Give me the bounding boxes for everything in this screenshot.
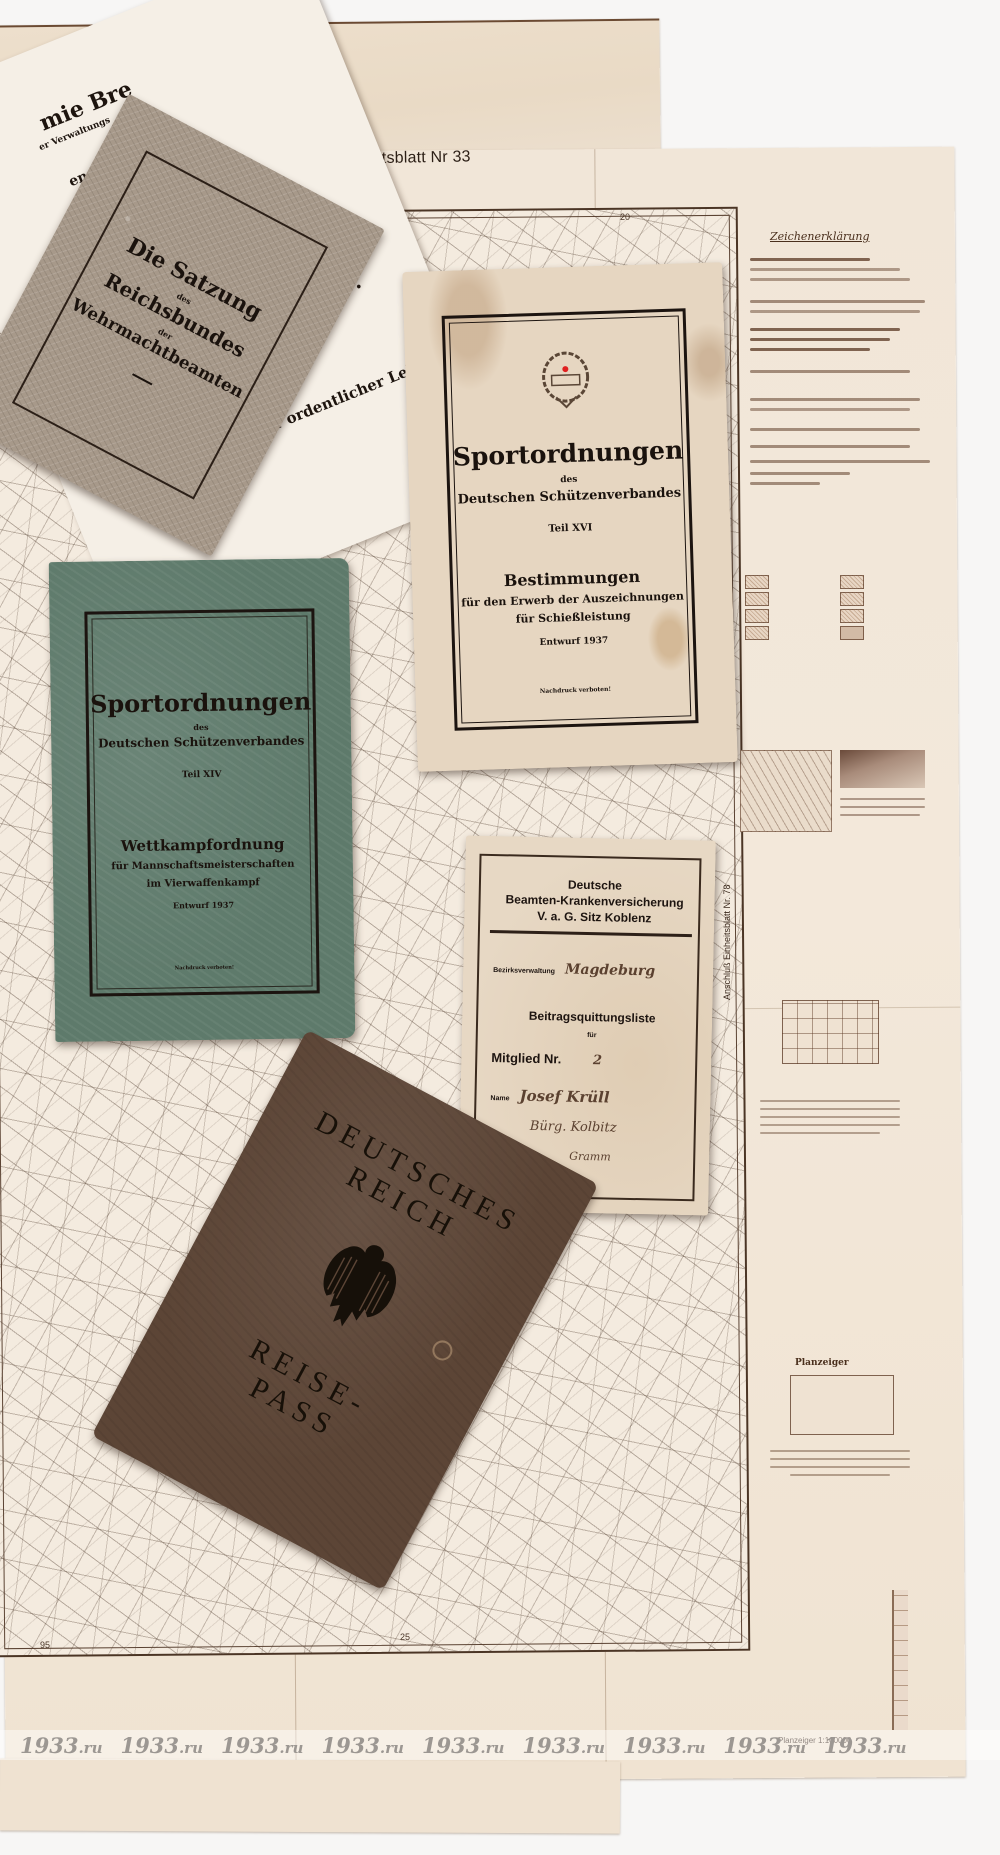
planzeiger-grid <box>790 1375 894 1435</box>
legend-entry <box>750 472 850 475</box>
watermark-text: 1933.ru <box>623 1733 705 1758</box>
sportordnungen-xvi-booklet: Sportordnungen des Deutschen Schützenver… <box>402 262 738 772</box>
legend-entry <box>750 398 920 401</box>
legend-entry <box>750 268 900 271</box>
booklet-border-inner <box>91 616 312 990</box>
booklet-title: Sportordnungen <box>50 686 350 719</box>
legend-entry <box>840 798 925 800</box>
grid-label: 25 <box>400 1632 410 1642</box>
watermark-text: 1933.ru <box>522 1733 604 1758</box>
grid-label: 95 <box>40 1640 50 1650</box>
member-value: 2 <box>593 1053 602 1068</box>
dsv-emblem-icon <box>537 346 595 414</box>
legend-entry <box>760 1124 900 1126</box>
name-label: Name <box>490 1095 509 1102</box>
district-value: Magdeburg <box>565 962 656 980</box>
legend-entry <box>770 1458 910 1460</box>
legend-entry <box>760 1100 900 1102</box>
legend-entry <box>750 300 925 303</box>
legend-entry <box>750 348 870 351</box>
legend-swatch <box>745 575 769 589</box>
relief-illustration <box>840 750 925 788</box>
legend-entry <box>840 806 925 808</box>
legend-entry <box>790 1474 890 1476</box>
name-value: Josef Krüll <box>519 1087 609 1107</box>
watermark-text: 1933.ru <box>221 1733 303 1758</box>
map-sheet-bottom <box>0 1758 620 1833</box>
legend-entry <box>750 428 920 431</box>
legend-entry <box>760 1132 880 1134</box>
watermark-text: 1933.ru <box>723 1733 805 1758</box>
legend-swatch <box>840 592 864 606</box>
sportordnungen-xiv-booklet: Sportordnungen des Deutschen Schützenver… <box>49 558 356 1042</box>
eagle-emblem-icon <box>291 1218 422 1357</box>
inset-map <box>740 750 832 832</box>
grid-label: 20 <box>620 212 630 222</box>
inset-title: Planzeiger <box>795 1358 849 1368</box>
legend-swatch <box>745 609 769 623</box>
watermark-text: 1933.ru <box>120 1733 202 1758</box>
watermark-text: 1933.ru <box>422 1733 504 1758</box>
legend-entry <box>770 1466 910 1468</box>
legend-entry <box>760 1116 900 1118</box>
legend-swatch <box>745 592 769 606</box>
legend-entry <box>840 814 920 816</box>
scale-bar <box>892 1590 908 1730</box>
legend-swatch <box>840 626 864 640</box>
side-sheet-reference: Anschluß Einheitsblatt Nr. 78 <box>722 884 732 1000</box>
legend-entry <box>770 1450 910 1452</box>
legend-swatch <box>840 609 864 623</box>
declination-chart <box>782 1000 879 1064</box>
legend-entry <box>750 408 910 411</box>
legend-entry <box>760 1108 900 1110</box>
member-label: Mitglied Nr. <box>491 1050 561 1066</box>
legend-entry <box>750 460 930 463</box>
watermark-text: 1933.ru <box>321 1733 403 1758</box>
legend-title: Zeichenerklärung <box>770 230 870 243</box>
watermark-text: 1933.ru <box>20 1733 102 1758</box>
handwritten-line: Gramm <box>569 1150 689 1166</box>
district-label: Bezirksverwaltung <box>493 967 555 975</box>
legend-swatch <box>840 575 864 589</box>
watermark-strip: 1933.ru 1933.ru 1933.ru 1933.ru 1933.ru … <box>0 1730 1000 1760</box>
punch-hole <box>429 1337 456 1364</box>
legend-entry <box>750 328 900 331</box>
map-legend: Zeichenerklärung Planzeiger Planzeiger 1… <box>740 140 970 1710</box>
legend-entry <box>750 258 870 261</box>
legend-entry <box>750 445 910 448</box>
watermark-text: 1933.ru <box>824 1733 906 1758</box>
legend-entry <box>750 278 910 281</box>
legend-entry <box>750 310 920 313</box>
legend-entry <box>750 482 820 485</box>
legend-entry <box>750 338 890 341</box>
legend-swatch <box>745 626 769 640</box>
legend-entry <box>750 370 910 373</box>
